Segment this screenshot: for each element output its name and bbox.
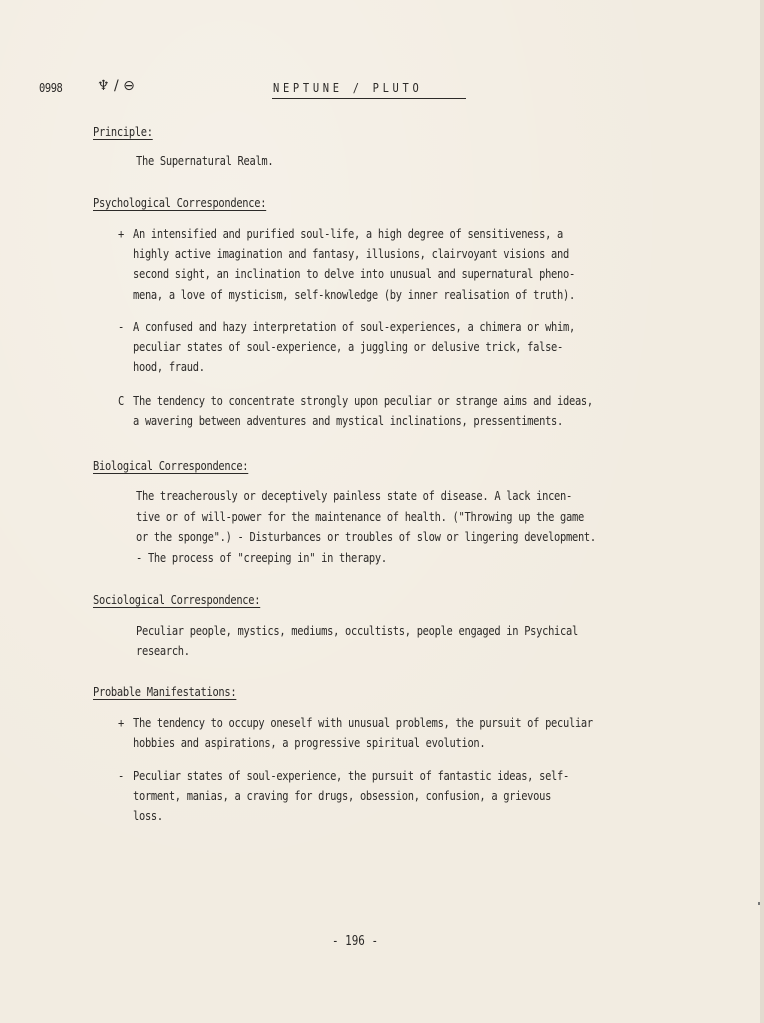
manif-item-1-line-1: The tendency to occupy oneself with unus… <box>133 715 593 730</box>
page-title: NEPTUNE / PLUTO <box>273 80 422 95</box>
paper-speck <box>758 902 760 905</box>
psych-item-1-line-1: An intensified and purified soul-life, a… <box>133 226 563 241</box>
psych-item-2-line-1: A confused and hazy interpretation of so… <box>133 319 575 334</box>
principle-text: The Supernatural Realm. <box>136 153 273 168</box>
manif-item-2-line-1: Peculiar states of soul-experience, the … <box>133 768 569 783</box>
manif-item-1-line-2: hobbies and aspirations, a progressive s… <box>133 735 485 750</box>
bio-line-2: tive or of will-power for the maintenanc… <box>136 509 584 524</box>
psych-item-3-line-1: The tendency to concentrate strongly upo… <box>133 393 593 408</box>
heading-sociological: Sociological Correspondence: <box>93 592 260 607</box>
bio-line-1: The treacherously or deceptively painles… <box>136 488 572 503</box>
socio-line-2: research. <box>136 643 190 658</box>
psych-item-1-line-3: second sight, an inclination to delve in… <box>133 266 575 281</box>
plus-marker: + <box>118 226 124 241</box>
title-underline <box>272 98 466 99</box>
psych-item-2-line-3: hood, fraud. <box>133 359 205 374</box>
bio-line-3: or the sponge".) - Disturbances or troub… <box>136 529 596 544</box>
socio-line-1: Peculiar people, mystics, mediums, occul… <box>136 623 578 638</box>
page-code: 0998 <box>39 80 62 95</box>
heading-biological: Biological Correspondence: <box>93 458 248 473</box>
minus-marker: - <box>118 768 124 783</box>
heading-principle: Principle: <box>93 124 153 139</box>
psych-item-2-line-2: peculiar states of soul-experience, a ju… <box>133 339 563 354</box>
heading-manifestations: Probable Manifestations: <box>93 684 236 699</box>
plus-marker: + <box>118 715 124 730</box>
psych-item-3-line-2: a wavering between adventures and mystic… <box>133 413 563 428</box>
manif-item-2-line-3: loss. <box>133 808 163 823</box>
psych-item-1-line-2: highly active imagination and fantasy, i… <box>133 246 569 261</box>
minus-marker: - <box>118 319 124 334</box>
psych-item-1-line-4: mena, a love of mysticism, self-knowledg… <box>133 287 575 302</box>
bio-line-4: - The process of "creeping in" in therap… <box>136 550 387 565</box>
manif-item-2-line-2: torment, manias, a craving for drugs, ob… <box>133 788 551 803</box>
page-number: - 196 - <box>332 934 378 949</box>
conjunction-marker: C <box>118 393 124 408</box>
page-edge <box>760 0 764 1023</box>
document-page: 0998 ♆ / ⊖ NEPTUNE / PLUTO Principle: Th… <box>0 0 764 1023</box>
neptune-pluto-symbols-icon: ♆ / ⊖ <box>97 78 135 94</box>
heading-psychological: Psychological Correspondence: <box>93 195 266 210</box>
